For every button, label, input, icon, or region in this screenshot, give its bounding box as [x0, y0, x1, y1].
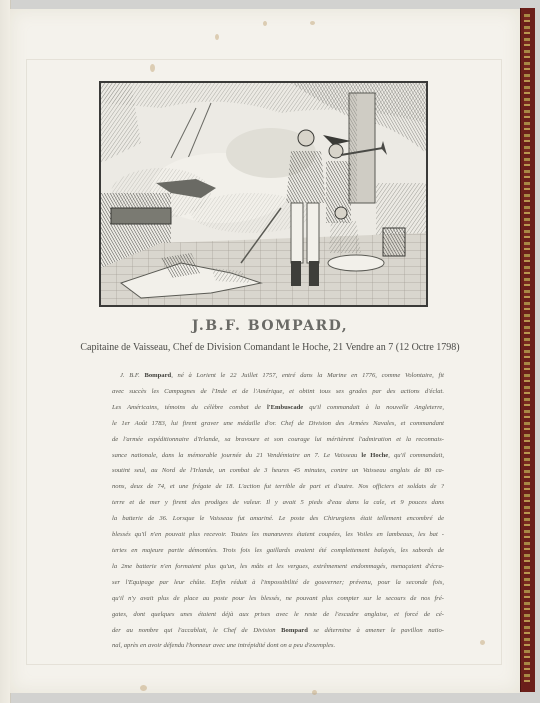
plate-title: J.B.F. BOMPARD, [0, 318, 540, 334]
text-line: der au nombre qui l'accablait, le Chef d… [112, 623, 444, 639]
foxing-spot [150, 64, 155, 72]
text-line: qu'il n'y avait plus de place au poste p… [112, 591, 444, 607]
text-fragment: Les Américains, témoins du célèbre comba… [112, 404, 267, 411]
text-line: Les Américains, témoins du célèbre comba… [112, 400, 444, 416]
text-line: nons, deux de 74, et une frégate de 18. … [112, 479, 444, 495]
text-line: de l'armée expéditionnaire d'Irlande, sa… [112, 432, 444, 448]
text-line: la 2me batterie n'en formaient plus qu'u… [112, 559, 444, 575]
ship-name: l'Embuscade [267, 404, 303, 411]
person-name: Bompard [144, 372, 171, 379]
text-line: gates, dont quelques unes étaient déjà a… [112, 607, 444, 623]
text-line: avec succès les Campagnes de l'Inde et d… [112, 384, 444, 400]
naval-battle-engraving [101, 83, 426, 305]
text-line: teries en majeure partie démontées. Troi… [112, 543, 444, 559]
person-name: Bompard [281, 627, 308, 634]
text-fragment: , né à Lorient le 22 Juillet 1757, entré… [171, 372, 444, 379]
text-line: soutint seul, au Nord de l'Irlande, un c… [112, 463, 444, 479]
text-fragment: sance nationale, dans la mémorable journ… [112, 452, 361, 459]
text-fragment: qu'il commandait à la nouvelle Angleterr… [303, 404, 444, 411]
book-scan: J.B.F. BOMPARD, Capitaine de Vaisseau, C… [0, 0, 540, 703]
engraving-plate [99, 81, 428, 307]
text-line: terre et de mer y firent des prodiges de… [112, 495, 444, 511]
text-fragment: J. B.F. [120, 372, 144, 379]
text-fragment: , qu'il commandait, [388, 452, 444, 459]
foxing-spot [263, 21, 267, 26]
text-line: ser l'Equipage par leur chûte. Enfin réd… [112, 575, 444, 591]
plate-subtitle: Capitaine de Vaisseau, Chef de Division … [0, 342, 540, 353]
biography-text: J. B.F. Bompard, né à Lorient le 22 Juil… [112, 368, 444, 654]
text-fragment: der au nombre qui l'accablait, le Chef d… [112, 627, 281, 634]
foxing-spot [312, 690, 317, 695]
foxing-spot [140, 685, 147, 691]
foxing-spot [480, 640, 485, 645]
foxing-spot [215, 34, 219, 40]
ship-name: le Hoche [361, 452, 388, 459]
text-line: J. B.F. Bompard, né à Lorient le 22 Juil… [112, 368, 444, 384]
text-line: blessés qu'il n'en pouvait plus recevoir… [112, 527, 444, 543]
text-line: la batterie de 36. Lorsque le Vaisseau f… [112, 511, 444, 527]
text-fragment: se détermine à amener le pavillon natio- [308, 627, 444, 634]
text-line: nal, après en avoir défendu l'honneur av… [112, 638, 444, 654]
text-line: sance nationale, dans la mémorable journ… [112, 448, 444, 464]
text-line: le 1er Août 1783, lui firent graver une … [112, 416, 444, 432]
foxing-spot [310, 21, 315, 25]
